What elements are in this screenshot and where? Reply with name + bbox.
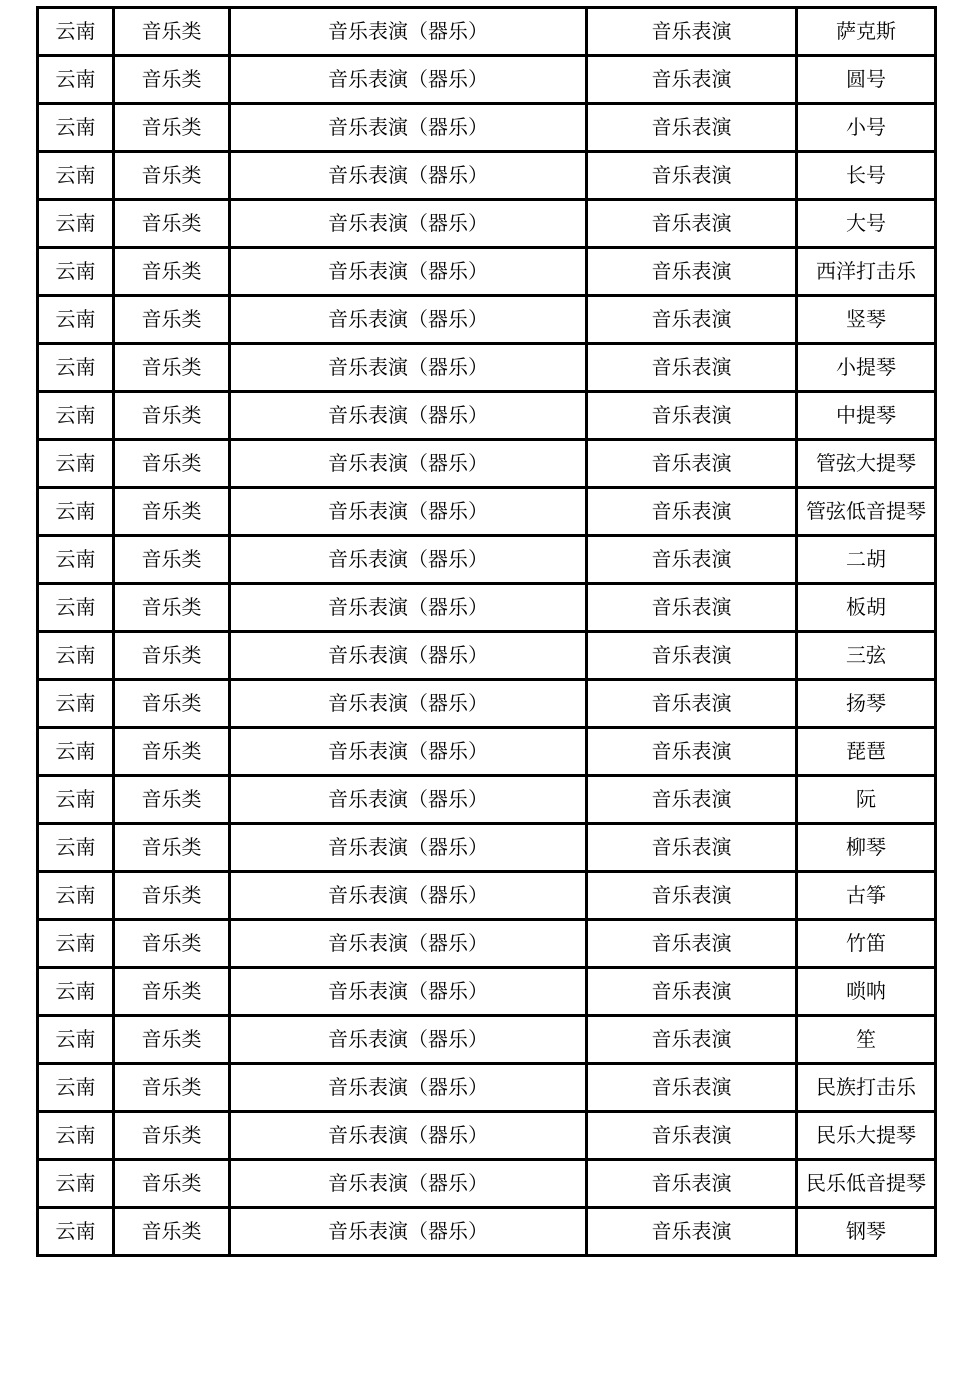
- cell-category: 音乐类: [114, 440, 230, 488]
- cell-major: 音乐表演（器乐）: [230, 824, 587, 872]
- cell-province: 云南: [38, 1208, 114, 1256]
- cell-province: 云南: [38, 104, 114, 152]
- cell-major: 音乐表演（器乐）: [230, 440, 587, 488]
- cell-direction: 音乐表演: [587, 392, 797, 440]
- cell-category: 音乐类: [114, 248, 230, 296]
- cell-province: 云南: [38, 632, 114, 680]
- table-row: 云南 音乐类 音乐表演（器乐） 音乐表演 民乐大提琴: [38, 1112, 936, 1160]
- cell-category: 音乐类: [114, 344, 230, 392]
- cell-instrument: 竖琴: [797, 296, 936, 344]
- cell-instrument: 管弦大提琴: [797, 440, 936, 488]
- cell-instrument: 西洋打击乐: [797, 248, 936, 296]
- majors-table: 云南 音乐类 音乐表演（器乐） 音乐表演 萨克斯 云南 音乐类 音乐表演（器乐）…: [36, 6, 937, 1257]
- cell-province: 云南: [38, 1016, 114, 1064]
- table-row: 云南 音乐类 音乐表演（器乐） 音乐表演 小提琴: [38, 344, 936, 392]
- table-body: 云南 音乐类 音乐表演（器乐） 音乐表演 萨克斯 云南 音乐类 音乐表演（器乐）…: [38, 8, 936, 1256]
- cell-category: 音乐类: [114, 488, 230, 536]
- cell-instrument: 圆号: [797, 56, 936, 104]
- cell-direction: 音乐表演: [587, 680, 797, 728]
- cell-instrument: 板胡: [797, 584, 936, 632]
- cell-province: 云南: [38, 920, 114, 968]
- cell-province: 云南: [38, 728, 114, 776]
- cell-direction: 音乐表演: [587, 776, 797, 824]
- cell-major: 音乐表演（器乐）: [230, 776, 587, 824]
- cell-major: 音乐表演（器乐）: [230, 1112, 587, 1160]
- table-row: 云南 音乐类 音乐表演（器乐） 音乐表演 扬琴: [38, 680, 936, 728]
- cell-category: 音乐类: [114, 104, 230, 152]
- cell-direction: 音乐表演: [587, 1112, 797, 1160]
- cell-category: 音乐类: [114, 56, 230, 104]
- document-page: 云南 音乐类 音乐表演（器乐） 音乐表演 萨克斯 云南 音乐类 音乐表演（器乐）…: [0, 0, 963, 1385]
- cell-instrument: 萨克斯: [797, 8, 936, 56]
- cell-major: 音乐表演（器乐）: [230, 1064, 587, 1112]
- cell-major: 音乐表演（器乐）: [230, 8, 587, 56]
- cell-instrument: 柳琴: [797, 824, 936, 872]
- cell-province: 云南: [38, 968, 114, 1016]
- cell-instrument: 民乐低音提琴: [797, 1160, 936, 1208]
- cell-major: 音乐表演（器乐）: [230, 152, 587, 200]
- cell-instrument: 民族打击乐: [797, 1064, 936, 1112]
- table-row: 云南 音乐类 音乐表演（器乐） 音乐表演 二胡: [38, 536, 936, 584]
- cell-instrument: 竹笛: [797, 920, 936, 968]
- cell-direction: 音乐表演: [587, 920, 797, 968]
- cell-direction: 音乐表演: [587, 584, 797, 632]
- table-row: 云南 音乐类 音乐表演（器乐） 音乐表演 古筝: [38, 872, 936, 920]
- cell-category: 音乐类: [114, 776, 230, 824]
- cell-major: 音乐表演（器乐）: [230, 296, 587, 344]
- cell-province: 云南: [38, 392, 114, 440]
- cell-province: 云南: [38, 1112, 114, 1160]
- cell-province: 云南: [38, 584, 114, 632]
- cell-major: 音乐表演（器乐）: [230, 920, 587, 968]
- cell-province: 云南: [38, 680, 114, 728]
- table-row: 云南 音乐类 音乐表演（器乐） 音乐表演 民乐低音提琴: [38, 1160, 936, 1208]
- cell-direction: 音乐表演: [587, 104, 797, 152]
- table-row: 云南 音乐类 音乐表演（器乐） 音乐表演 阮: [38, 776, 936, 824]
- table-row: 云南 音乐类 音乐表演（器乐） 音乐表演 中提琴: [38, 392, 936, 440]
- cell-province: 云南: [38, 296, 114, 344]
- cell-direction: 音乐表演: [587, 8, 797, 56]
- cell-category: 音乐类: [114, 1016, 230, 1064]
- cell-province: 云南: [38, 8, 114, 56]
- cell-category: 音乐类: [114, 824, 230, 872]
- cell-province: 云南: [38, 536, 114, 584]
- cell-instrument: 大号: [797, 200, 936, 248]
- cell-major: 音乐表演（器乐）: [230, 680, 587, 728]
- cell-instrument: 中提琴: [797, 392, 936, 440]
- table-row: 云南 音乐类 音乐表演（器乐） 音乐表演 板胡: [38, 584, 936, 632]
- cell-direction: 音乐表演: [587, 152, 797, 200]
- cell-category: 音乐类: [114, 536, 230, 584]
- cell-instrument: 小号: [797, 104, 936, 152]
- cell-direction: 音乐表演: [587, 728, 797, 776]
- table-row: 云南 音乐类 音乐表演（器乐） 音乐表演 唢呐: [38, 968, 936, 1016]
- cell-major: 音乐表演（器乐）: [230, 584, 587, 632]
- cell-instrument: 管弦低音提琴: [797, 488, 936, 536]
- cell-major: 音乐表演（器乐）: [230, 536, 587, 584]
- table-row: 云南 音乐类 音乐表演（器乐） 音乐表演 钢琴: [38, 1208, 936, 1256]
- cell-major: 音乐表演（器乐）: [230, 872, 587, 920]
- table-row: 云南 音乐类 音乐表演（器乐） 音乐表演 圆号: [38, 56, 936, 104]
- cell-province: 云南: [38, 248, 114, 296]
- cell-category: 音乐类: [114, 1064, 230, 1112]
- cell-province: 云南: [38, 1160, 114, 1208]
- table-row: 云南 音乐类 音乐表演（器乐） 音乐表演 萨克斯: [38, 8, 936, 56]
- cell-province: 云南: [38, 488, 114, 536]
- cell-category: 音乐类: [114, 392, 230, 440]
- cell-major: 音乐表演（器乐）: [230, 104, 587, 152]
- table-row: 云南 音乐类 音乐表演（器乐） 音乐表演 柳琴: [38, 824, 936, 872]
- cell-category: 音乐类: [114, 632, 230, 680]
- cell-instrument: 笙: [797, 1016, 936, 1064]
- cell-category: 音乐类: [114, 872, 230, 920]
- cell-direction: 音乐表演: [587, 344, 797, 392]
- cell-direction: 音乐表演: [587, 872, 797, 920]
- table-row: 云南 音乐类 音乐表演（器乐） 音乐表演 长号: [38, 152, 936, 200]
- cell-direction: 音乐表演: [587, 488, 797, 536]
- cell-instrument: 长号: [797, 152, 936, 200]
- cell-instrument: 小提琴: [797, 344, 936, 392]
- cell-direction: 音乐表演: [587, 632, 797, 680]
- cell-direction: 音乐表演: [587, 440, 797, 488]
- table-row: 云南 音乐类 音乐表演（器乐） 音乐表演 三弦: [38, 632, 936, 680]
- cell-province: 云南: [38, 824, 114, 872]
- cell-instrument: 民乐大提琴: [797, 1112, 936, 1160]
- cell-category: 音乐类: [114, 152, 230, 200]
- cell-category: 音乐类: [114, 1112, 230, 1160]
- cell-category: 音乐类: [114, 968, 230, 1016]
- cell-major: 音乐表演（器乐）: [230, 56, 587, 104]
- cell-major: 音乐表演（器乐）: [230, 488, 587, 536]
- cell-direction: 音乐表演: [587, 296, 797, 344]
- cell-direction: 音乐表演: [587, 1160, 797, 1208]
- cell-instrument: 三弦: [797, 632, 936, 680]
- cell-instrument: 钢琴: [797, 1208, 936, 1256]
- cell-direction: 音乐表演: [587, 968, 797, 1016]
- cell-major: 音乐表演（器乐）: [230, 392, 587, 440]
- table-row: 云南 音乐类 音乐表演（器乐） 音乐表演 管弦低音提琴: [38, 488, 936, 536]
- cell-major: 音乐表演（器乐）: [230, 1208, 587, 1256]
- cell-major: 音乐表演（器乐）: [230, 200, 587, 248]
- table-row: 云南 音乐类 音乐表演（器乐） 音乐表演 竖琴: [38, 296, 936, 344]
- table-row: 云南 音乐类 音乐表演（器乐） 音乐表演 小号: [38, 104, 936, 152]
- cell-direction: 音乐表演: [587, 824, 797, 872]
- cell-direction: 音乐表演: [587, 536, 797, 584]
- cell-category: 音乐类: [114, 920, 230, 968]
- cell-province: 云南: [38, 200, 114, 248]
- cell-major: 音乐表演（器乐）: [230, 1016, 587, 1064]
- cell-instrument: 二胡: [797, 536, 936, 584]
- table-row: 云南 音乐类 音乐表演（器乐） 音乐表演 管弦大提琴: [38, 440, 936, 488]
- table-row: 云南 音乐类 音乐表演（器乐） 音乐表演 琵琶: [38, 728, 936, 776]
- cell-direction: 音乐表演: [587, 1016, 797, 1064]
- cell-major: 音乐表演（器乐）: [230, 248, 587, 296]
- cell-direction: 音乐表演: [587, 56, 797, 104]
- cell-direction: 音乐表演: [587, 200, 797, 248]
- cell-province: 云南: [38, 152, 114, 200]
- cell-instrument: 扬琴: [797, 680, 936, 728]
- table-row: 云南 音乐类 音乐表演（器乐） 音乐表演 西洋打击乐: [38, 248, 936, 296]
- cell-instrument: 古筝: [797, 872, 936, 920]
- cell-province: 云南: [38, 344, 114, 392]
- table-row: 云南 音乐类 音乐表演（器乐） 音乐表演 民族打击乐: [38, 1064, 936, 1112]
- cell-major: 音乐表演（器乐）: [230, 728, 587, 776]
- cell-province: 云南: [38, 56, 114, 104]
- cell-category: 音乐类: [114, 1208, 230, 1256]
- cell-direction: 音乐表演: [587, 1064, 797, 1112]
- cell-instrument: 阮: [797, 776, 936, 824]
- cell-category: 音乐类: [114, 200, 230, 248]
- cell-category: 音乐类: [114, 680, 230, 728]
- cell-major: 音乐表演（器乐）: [230, 632, 587, 680]
- cell-instrument: 唢呐: [797, 968, 936, 1016]
- cell-category: 音乐类: [114, 8, 230, 56]
- cell-category: 音乐类: [114, 728, 230, 776]
- cell-category: 音乐类: [114, 1160, 230, 1208]
- cell-major: 音乐表演（器乐）: [230, 1160, 587, 1208]
- cell-category: 音乐类: [114, 584, 230, 632]
- cell-province: 云南: [38, 872, 114, 920]
- cell-instrument: 琵琶: [797, 728, 936, 776]
- table-row: 云南 音乐类 音乐表演（器乐） 音乐表演 笙: [38, 1016, 936, 1064]
- cell-province: 云南: [38, 1064, 114, 1112]
- table-row: 云南 音乐类 音乐表演（器乐） 音乐表演 竹笛: [38, 920, 936, 968]
- cell-province: 云南: [38, 776, 114, 824]
- cell-major: 音乐表演（器乐）: [230, 344, 587, 392]
- cell-direction: 音乐表演: [587, 248, 797, 296]
- cell-direction: 音乐表演: [587, 1208, 797, 1256]
- cell-category: 音乐类: [114, 296, 230, 344]
- table-row: 云南 音乐类 音乐表演（器乐） 音乐表演 大号: [38, 200, 936, 248]
- cell-province: 云南: [38, 440, 114, 488]
- cell-major: 音乐表演（器乐）: [230, 968, 587, 1016]
